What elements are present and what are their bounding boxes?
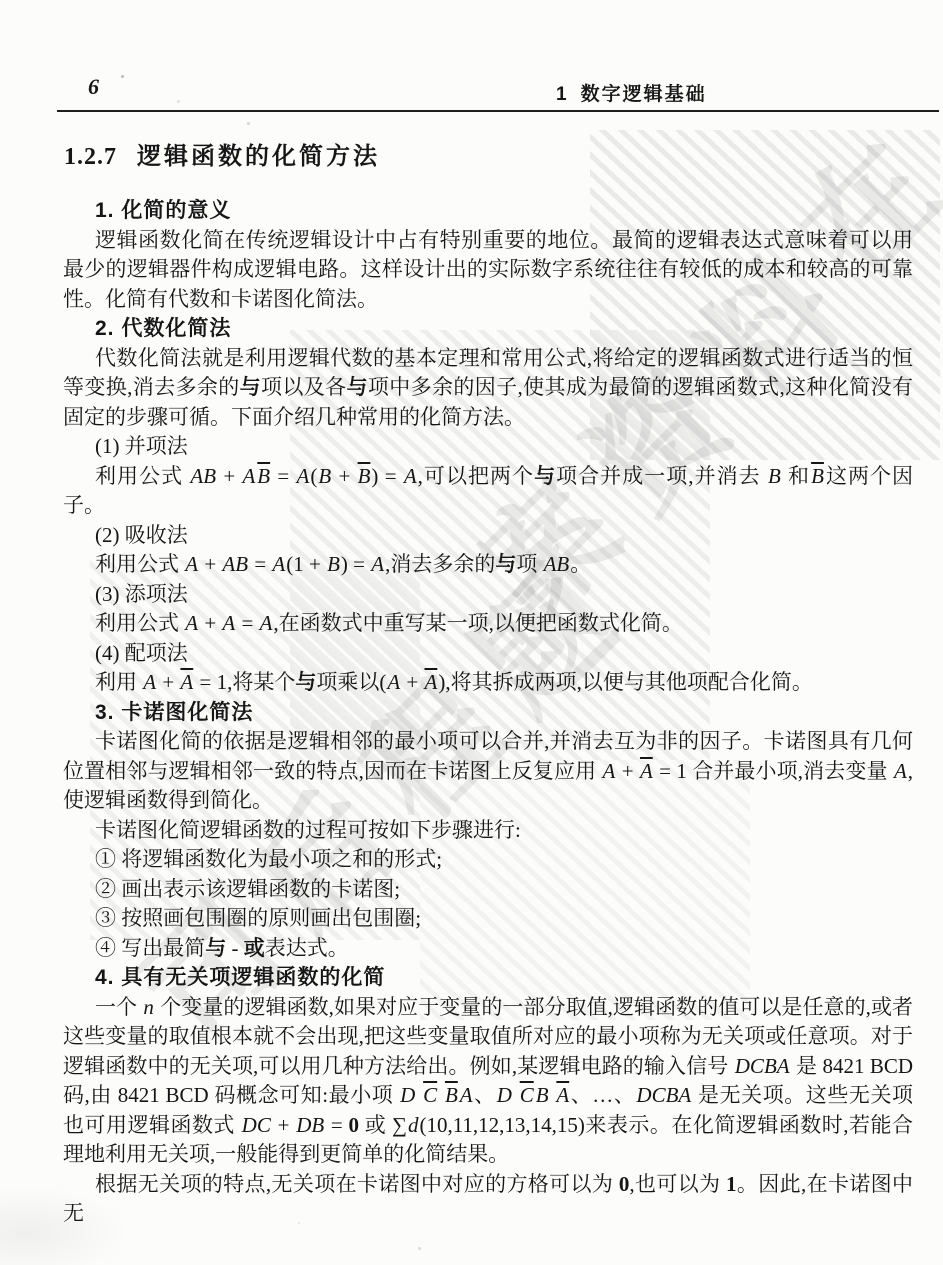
text-run: A [893, 759, 908, 783]
text-run: 一个 [95, 995, 142, 1019]
text-run: 或 [244, 937, 265, 960]
text-run: + [217, 464, 241, 488]
text-run: + [157, 670, 179, 694]
text-run: (1) 并项法 [95, 434, 188, 458]
text-run: C [519, 1083, 535, 1107]
scan-speck [177, 100, 180, 103]
text-run: 、 [474, 1083, 496, 1107]
text-run: 2. 代数化简法 [95, 317, 231, 340]
text-run: A [459, 1083, 474, 1107]
text-run: A [179, 670, 194, 694]
text-run: ④ 写出最简 [95, 936, 205, 960]
text-run: 利用公式 [95, 552, 184, 576]
text-run: A [259, 611, 274, 635]
text-run: D [496, 1083, 513, 1107]
text-run: (2) 吸收法 [95, 523, 188, 547]
text-run: A [271, 552, 286, 576]
step-1: ① 将逻辑函数化为最小项之和的形式; [63, 845, 913, 875]
text-run: ,消去多余的 [385, 552, 495, 576]
text-run: 项 [516, 552, 542, 576]
text-run: + [332, 464, 356, 488]
page-body-text: 1. 化简的意义逻辑函数化简在传统逻辑设计中占有特别重要的地位。最简的逻辑表达式… [63, 196, 913, 1229]
text-run: 4. 具有无关项逻辑函数的化简 [95, 966, 385, 989]
text-run: 与 [240, 376, 261, 399]
text-run: ,也可以为 [629, 1172, 726, 1196]
text-run: AB [189, 464, 217, 488]
para-karnaugh: 卡诺图化简的依据是逻辑相邻的最小项可以合并,并消去互为非的因子。卡诺图具有几何位… [63, 727, 913, 816]
text-run: 0 [349, 1113, 360, 1137]
text-run: 与 [205, 937, 226, 960]
heading-karnaugh: 3. 卡诺图化简法 [63, 698, 913, 728]
text-run: A [639, 759, 654, 783]
text-run: A [555, 1083, 570, 1107]
text-run: n [142, 995, 155, 1019]
text-run: DCBA [635, 1083, 692, 1107]
page-number: 6 [88, 74, 99, 100]
text-run: 与 [346, 376, 367, 399]
text-run: DC [241, 1113, 272, 1137]
text-run: B [810, 464, 825, 488]
text-run: 表达式。 [265, 936, 349, 960]
para-dontcare-1: 一个 n 个变量的逻辑函数,如果对应于变量的一部分取值,逻辑函数的值可以是任意的… [63, 993, 913, 1170]
para-dontcare-2: 根据无关项的特点,无关项在卡诺图中对应的方格可以为 0,也可以为 1。因此,在卡… [63, 1170, 913, 1229]
scan-speck [121, 75, 124, 78]
text-run: = 1,将某个 [194, 670, 295, 694]
heading-algebraic: 2. 代数化简法 [63, 314, 913, 344]
scan-speck [418, 1247, 421, 1250]
text-run: 与 [495, 553, 516, 576]
text-run: = [236, 611, 258, 635]
text-run: ① 将逻辑函数化为最小项之和的形式; [95, 847, 442, 871]
section-title-text: 逻辑函数的化简方法 [137, 143, 380, 170]
text-run: + [616, 759, 639, 783]
text-run: - [226, 936, 244, 960]
text-run: A [184, 611, 199, 635]
text-run: ),将其拆成两项,以便与其他项配合化简。 [438, 670, 813, 694]
text-run: (4) 配项法 [95, 641, 188, 665]
text-run: = [249, 552, 271, 576]
text-run: + [401, 670, 423, 694]
text-run: ) = [371, 464, 402, 488]
text-run: B [357, 464, 372, 488]
text-run: = 1 合并最小项,消去变量 [654, 759, 893, 783]
text-run: C [422, 1083, 438, 1107]
text-run: B [317, 464, 332, 488]
text-run: 利用 [95, 670, 142, 694]
text-run: 利用公式 [95, 464, 189, 488]
running-header: 1数字逻辑基础 [556, 79, 707, 106]
para-add: 利用公式 A + A = A,在函数式中重写某一项,以便把函数式化简。 [63, 609, 913, 639]
text-run: AB [543, 552, 571, 576]
text-run: DB [295, 1113, 325, 1137]
para-absorb: 利用公式 A + AB = A(1 + B) = A,消去多余的与项 AB。 [63, 550, 913, 580]
text-run: 与 [534, 465, 556, 488]
text-run: AB [221, 552, 249, 576]
chapter-title: 数字逻辑基础 [581, 84, 707, 105]
para-algebraic: 代数化简法就是利用逻辑代数的基本定理和常用公式,将给定的逻辑函数式进行适当的恒等… [63, 344, 913, 433]
text-run: ,可以把两个 [418, 464, 534, 488]
method-label-match: (4) 配项法 [63, 639, 913, 669]
text-run: 。 [570, 552, 591, 576]
text-run: B [326, 552, 341, 576]
chapter-number: 1 [556, 84, 567, 105]
text-run: 0 [619, 1172, 630, 1196]
text-run: A [296, 464, 311, 488]
text-run: + [199, 611, 221, 635]
text-run: 项乘以( [316, 670, 386, 694]
text-run: A [386, 670, 401, 694]
text-run: D [399, 1083, 416, 1107]
text-run: 逻辑函数化简在传统逻辑设计中占有特别重要的地位。最简的逻辑表达式意味着可以用最少… [63, 228, 913, 311]
para-match: 利用 A + A = 1,将某个与项乘以(A + A),将其拆成两项,以便与其他… [63, 668, 913, 698]
text-run: A [142, 670, 157, 694]
text-run: A [370, 552, 385, 576]
para-steps-intro: 卡诺图化简逻辑函数的过程可按如下步骤进行: [63, 816, 913, 846]
text-run: A [241, 464, 256, 488]
header-rule [57, 110, 939, 112]
text-run [513, 1083, 519, 1107]
para-merge: 利用公式 AB + AB = A(B + B) = A,可以把两个与项合并成一项… [63, 462, 913, 521]
text-run: (3) 添项法 [95, 582, 188, 606]
text-run: 1 [726, 1172, 737, 1196]
text-run: 根据无关项的特点,无关项在卡诺图中对应的方格可以为 [95, 1172, 619, 1196]
text-run: 和 [782, 464, 810, 488]
text-run: + [272, 1113, 295, 1137]
step-3: ③ 按照画包围圈的原则画出包围圈; [63, 904, 913, 934]
section-number: 1.2.7 [64, 144, 117, 170]
text-run: 1. 化简的意义 [95, 199, 231, 222]
text-run: ③ 按照画包围圈的原则画出包围圈; [95, 906, 421, 930]
para-significance: 逻辑函数化简在传统逻辑设计中占有特别重要的地位。最简的逻辑表达式意味着可以用最少… [63, 226, 913, 315]
method-label-absorb: (2) 吸收法 [63, 521, 913, 551]
text-run: ,在函数式中重写某一项,以便把函数式化简。 [273, 611, 683, 635]
heading-dontcare: 4. 具有无关项逻辑函数的化简 [63, 963, 913, 993]
text-run: 、…、 [570, 1083, 635, 1107]
text-run: B [444, 1083, 459, 1107]
text-run: = [325, 1113, 348, 1137]
book-page: 案 资 料 在 司 后 程 题 6 1数字逻辑基础 1.2.7逻辑函数的化简方法… [0, 0, 943, 1265]
text-run: d [407, 1113, 420, 1137]
text-run: 卡诺图化简逻辑函数的过程可按如下步骤进行: [95, 818, 521, 842]
text-run: (1 + [286, 552, 326, 576]
heading-significance: 1. 化简的意义 [63, 196, 913, 226]
text-run: DCBA [734, 1054, 791, 1078]
method-label-add: (3) 添项法 [63, 580, 913, 610]
text-run: + [199, 552, 221, 576]
text-run: A [184, 552, 199, 576]
step-2: ② 画出表示该逻辑函数的卡诺图; [63, 875, 913, 905]
text-run: A [424, 670, 439, 694]
text-run: = [271, 464, 295, 488]
text-run: 3. 卡诺图化简法 [95, 701, 253, 724]
text-run: ) = [341, 552, 370, 576]
text-run: B [256, 464, 271, 488]
method-label-merge: (1) 并项法 [63, 432, 913, 462]
text-run: 或 ∑ [359, 1113, 407, 1137]
section-title: 1.2.7逻辑函数的化简方法 [64, 136, 380, 171]
text-run: ② 画出表示该逻辑函数的卡诺图; [95, 877, 400, 901]
scan-speck [247, 122, 250, 125]
text-run: 项合并成一项,并消去 [556, 464, 767, 488]
text-run: A [602, 759, 617, 783]
text-run: B [535, 1083, 550, 1107]
step-4: ④ 写出最简与 - 或表达式。 [63, 934, 913, 964]
text-run: 与 [295, 671, 316, 694]
text-run: A [403, 464, 418, 488]
text-run: 利用公式 [95, 611, 184, 635]
text-run: 项以及各 [261, 375, 347, 399]
text-run: B [767, 464, 782, 488]
text-run: A [221, 611, 236, 635]
